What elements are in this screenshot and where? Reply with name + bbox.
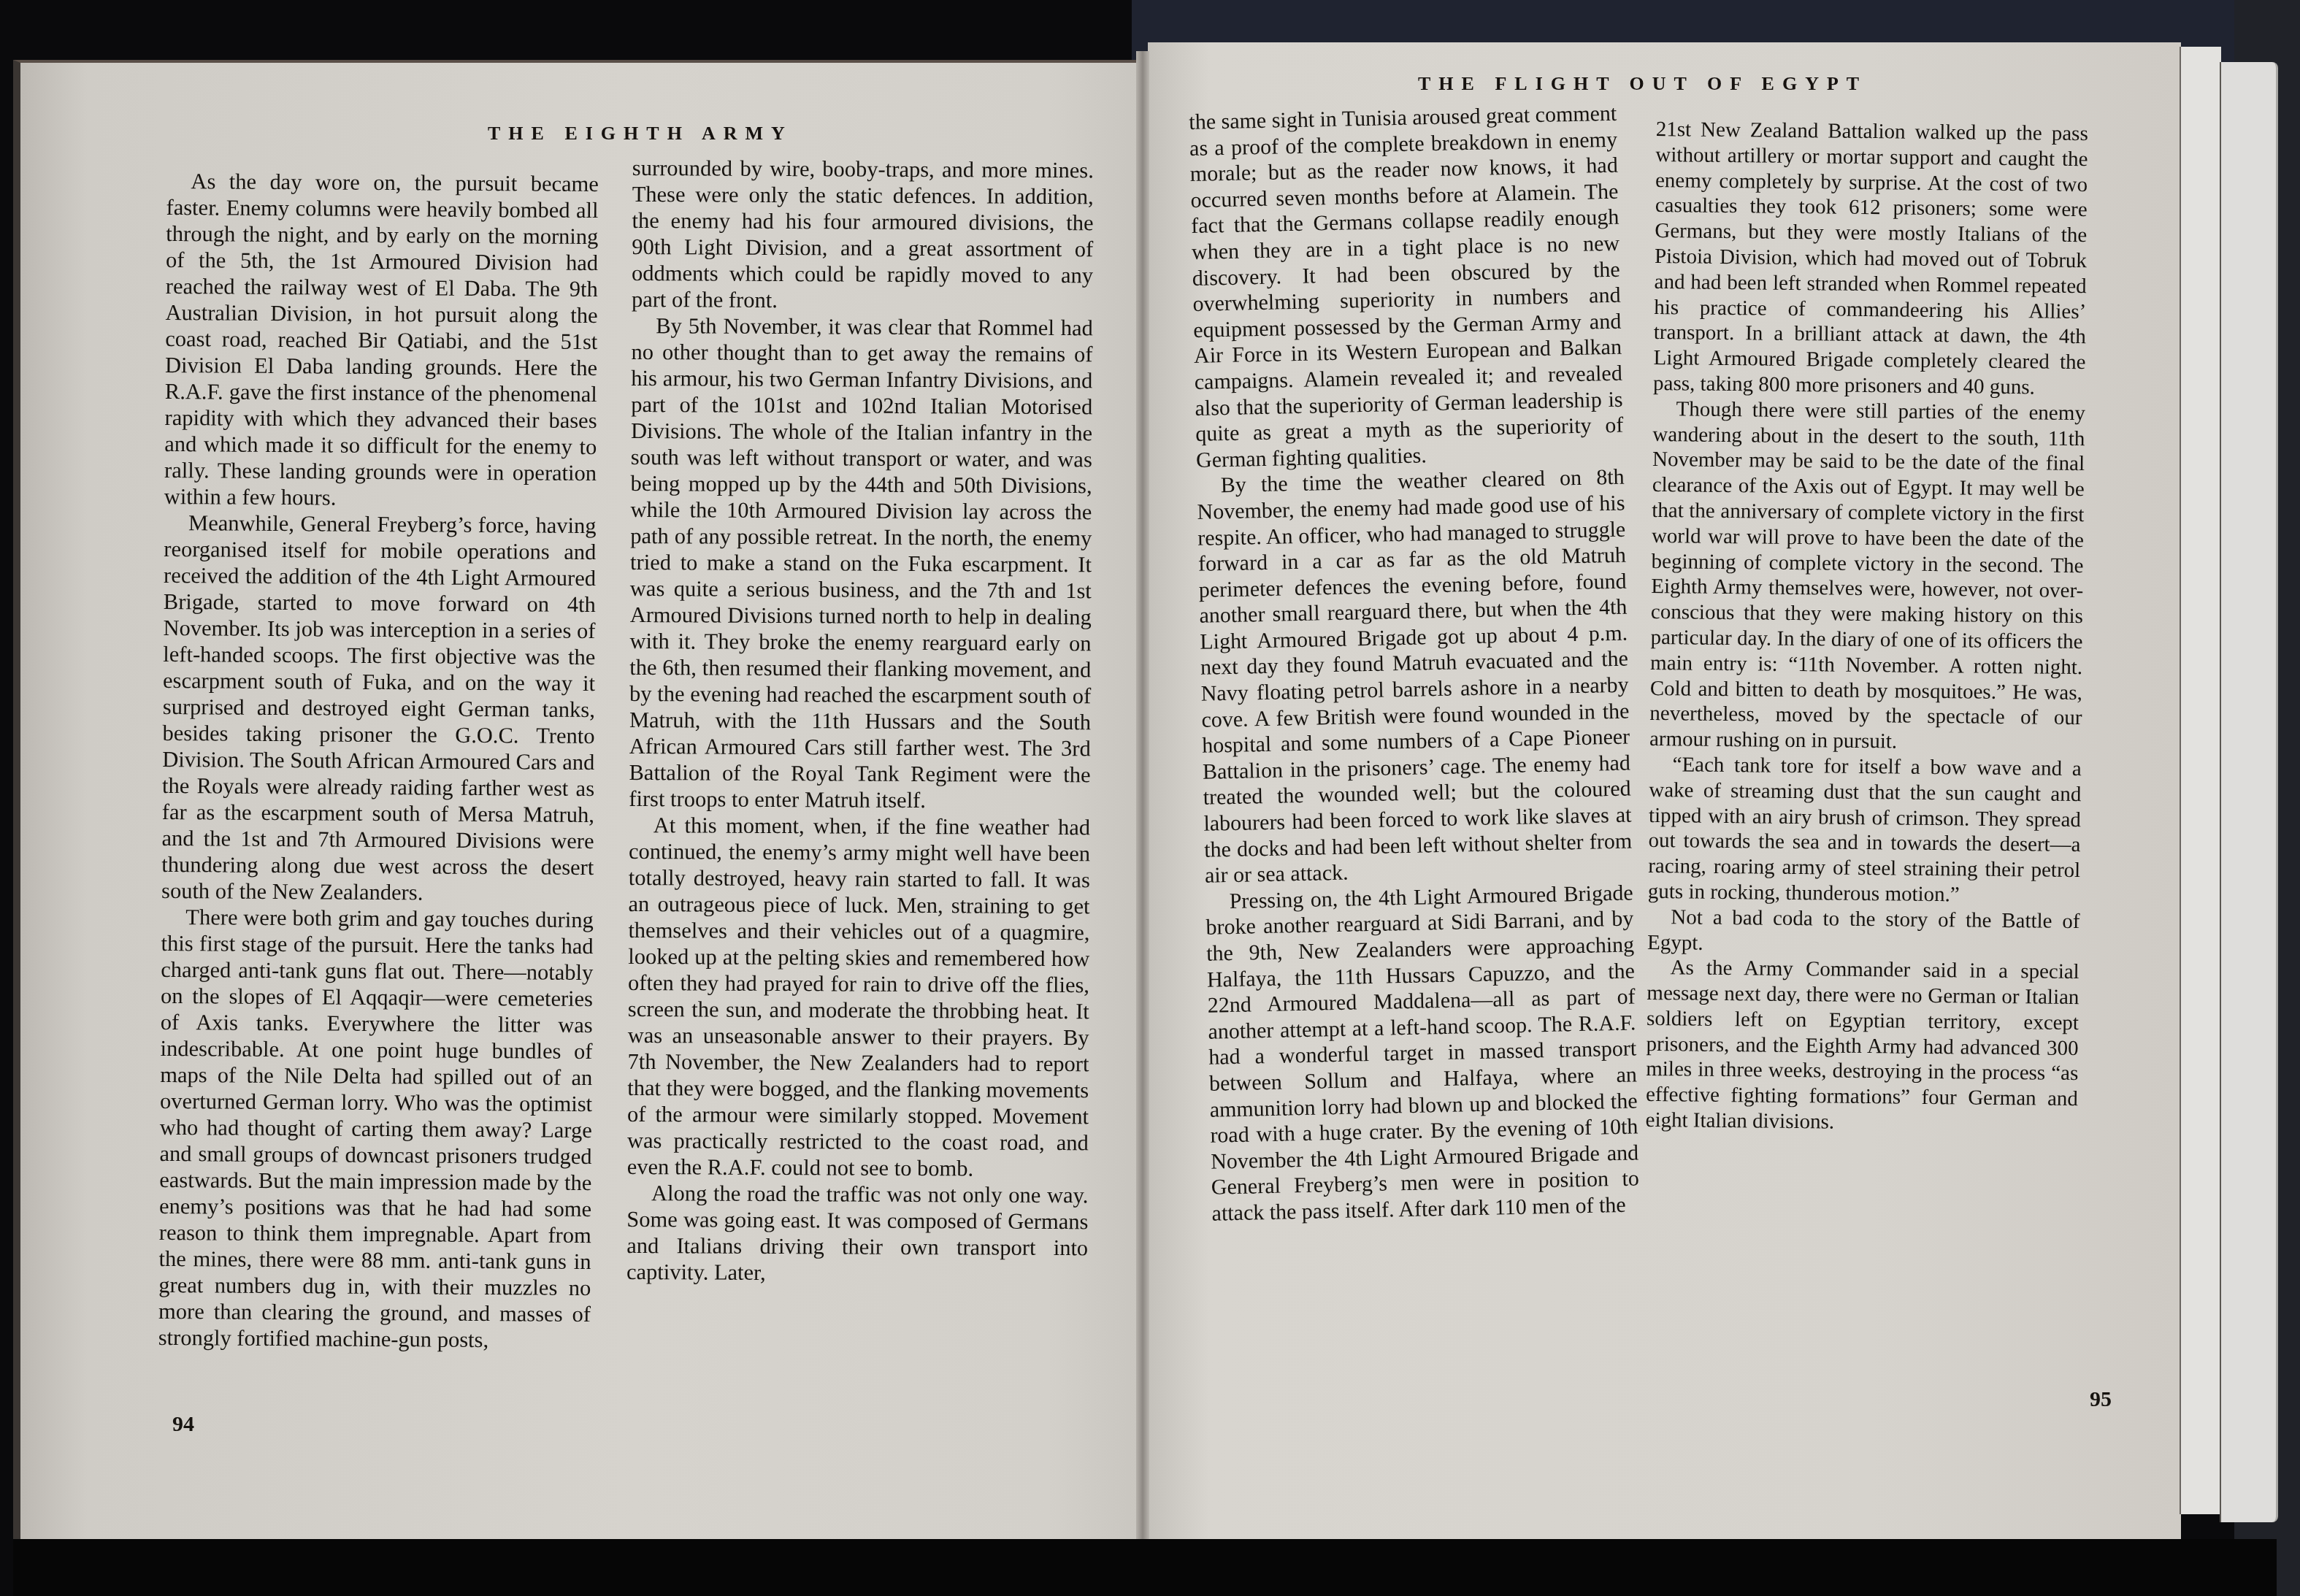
paragraph: At this moment, when, if the fine weathe… [627, 812, 1091, 1182]
paragraph: By 5th November, it was clear that Romme… [629, 312, 1093, 814]
page-edge-stack [2180, 47, 2221, 1514]
paragraph: Meanwhile, General Freyberg’s force, hav… [161, 510, 597, 907]
running-head-right: THE FLIGHT OUT OF EGYPT [1418, 73, 1867, 95]
paragraph: By the time the weather cleared on 8th N… [1196, 464, 1633, 889]
paragraph: Along the road the traffic was not only … [626, 1180, 1089, 1287]
bottom-shadow [13, 1539, 2277, 1596]
paragraph-continued: the same sight in Tunisia aroused great … [1189, 101, 1624, 473]
book-cover-edge [2220, 62, 2278, 1522]
left-page-column-1: As the day wore on, the pursuit became f… [158, 168, 599, 1354]
page-number-right: 95 [2090, 1387, 2112, 1412]
quotation-paragraph: “Each tank tore for itself a bow wave an… [1648, 752, 2082, 909]
right-page-column-2: 21st New Zealand Battalion walked up the… [1645, 117, 2088, 1137]
paragraph: Not a bad coda to the story of the Battl… [1647, 905, 2080, 960]
running-head-left: THE EIGHTH ARMY [488, 123, 793, 145]
right-page-column-1: the same sight in Tunisia aroused great … [1189, 101, 1640, 1227]
paragraph-continued: surrounded by wire, booby-traps, and mor… [632, 155, 1094, 315]
paragraph: Though there were still parties of the e… [1649, 396, 2085, 756]
paragraph: Pressing on, the 4th Light Armoured Brig… [1205, 880, 1640, 1227]
left-page-column-2: surrounded by wire, booby-traps, and mor… [626, 155, 1094, 1287]
paragraph: As the day wore on, the pursuit became f… [164, 168, 599, 513]
page-number-left: 94 [172, 1412, 194, 1437]
paragraph-continued: 21st New Zealand Battalion walked up the… [1653, 117, 2088, 401]
book-gutter [1136, 51, 1149, 1541]
paragraph: As the Army Commander said in a special … [1645, 955, 2079, 1137]
paragraph: There were both grim and gay touches dur… [158, 904, 594, 1354]
